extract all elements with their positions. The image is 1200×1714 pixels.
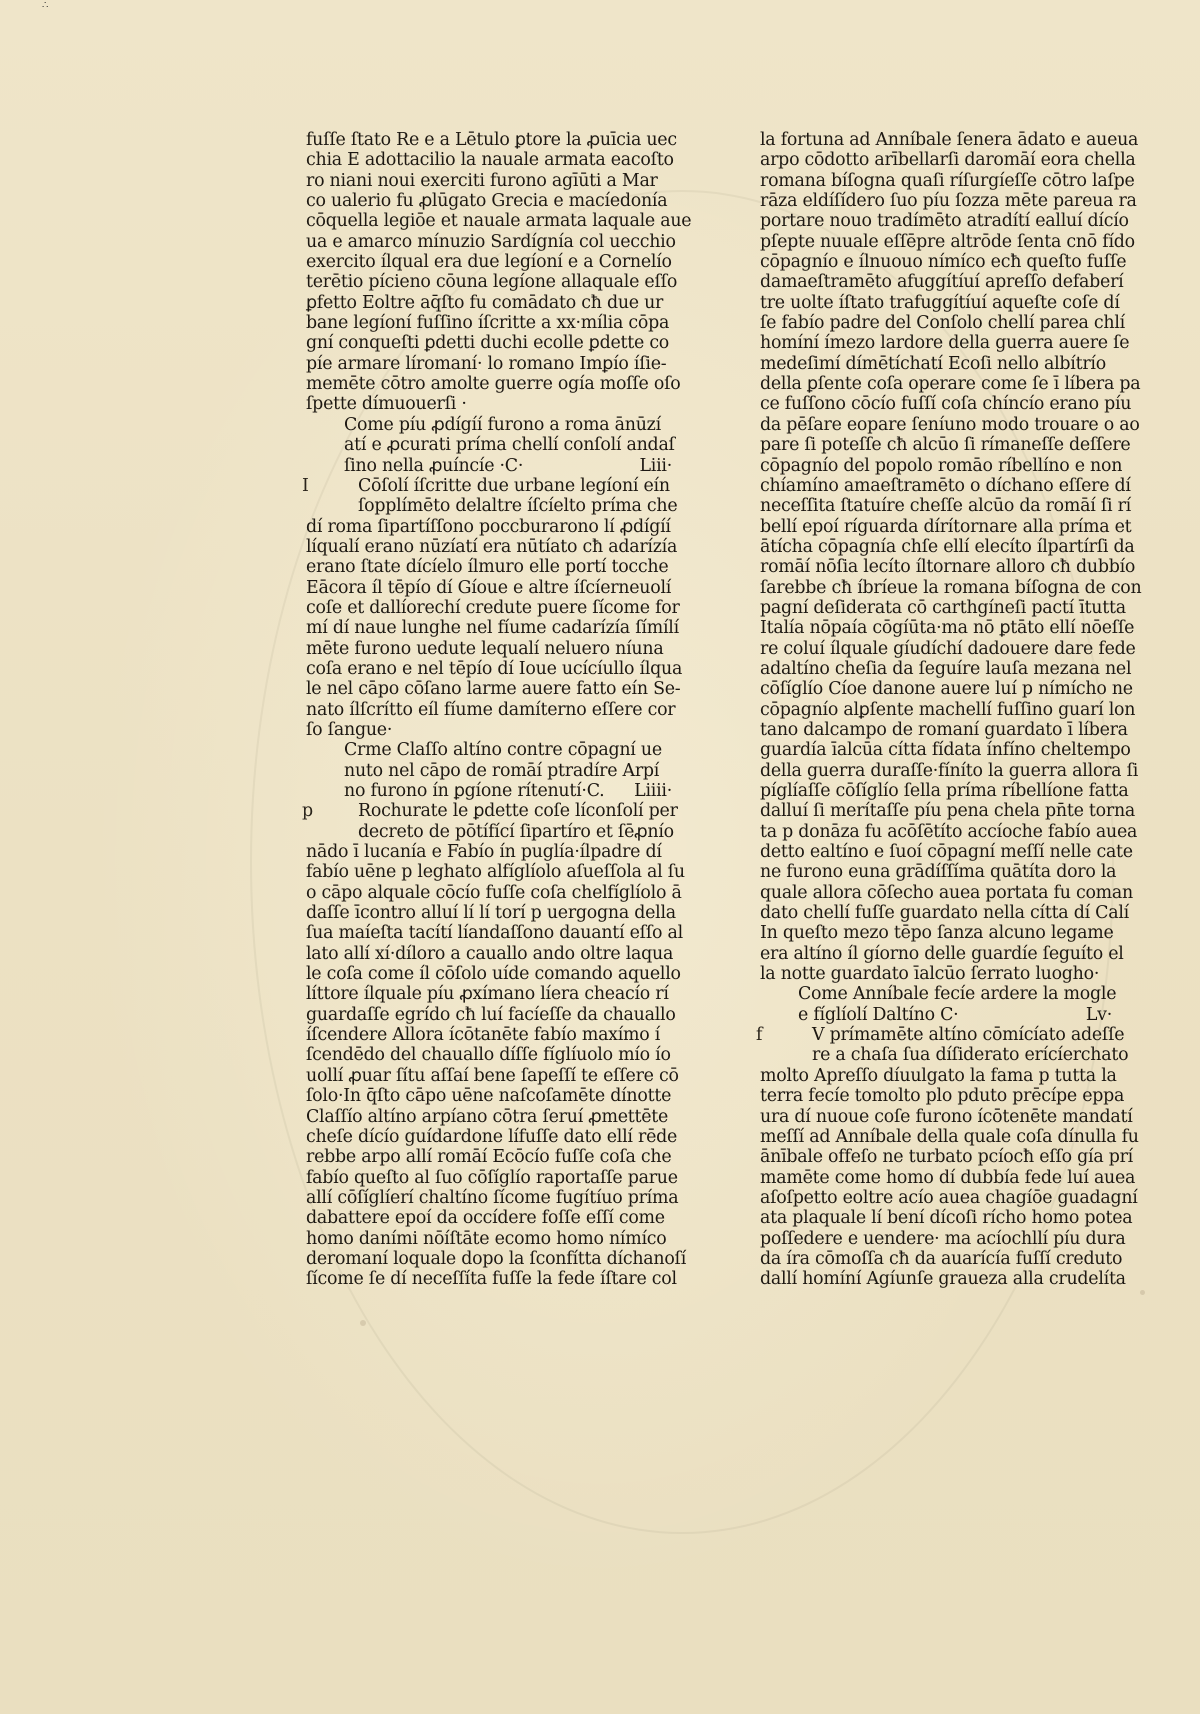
- text-line: Italía nōpaía cōgíūta·ma nō ꝑtāto ellí n…: [760, 618, 1116, 638]
- text-line: chia E adottacilio la nauale armata eaco…: [306, 150, 676, 170]
- chapter-54-heading-line-2: nuto nel cāpo de romāí ptradíre Arpí: [306, 761, 676, 781]
- chapter-55-second-line: re a chaſa ſua díſiderato erícíerchato: [760, 1045, 1116, 1065]
- text-line: ua e amarco mínuzio Sardígnía col uecchi…: [306, 232, 676, 252]
- chapter-54-number: Liiii·: [634, 781, 672, 801]
- text-line: dalluí ſi merítaſſe píu pena chela pn̄te…: [760, 801, 1116, 821]
- text-line: ſo ſangue·: [306, 720, 676, 740]
- chapter-55-guide-letter: f: [756, 1025, 762, 1045]
- text-line: bane legíoní fuſſino íſcritte a xx·mília…: [306, 313, 676, 333]
- text-line: cheſe dícío guídardone lífuſſe dato ellí…: [306, 1127, 676, 1147]
- text-line: medeſimí dímētíchatí Ecoſi nello albítrí…: [760, 354, 1116, 374]
- text-line: neceſſita ſtatuíre cheſſe alcūo da romāí…: [760, 496, 1116, 516]
- text-line: della ꝑſente coſa operare come ſe ī líbe…: [760, 374, 1116, 394]
- chapter-54-heading-line-3: no furono ín ꝑgíone rítenutí·C. Liiii·: [306, 781, 676, 801]
- text-line: romana bíſogna quaſi ríſurgíeſſe cōtro l…: [760, 171, 1116, 191]
- chapter-55-body: molto Apreſſo díuulgato la fama p tutta …: [760, 1066, 1116, 1290]
- text-line: Eācora íl tēpío dí Gíoue e altre íſcíern…: [306, 578, 676, 598]
- chapter-54-guide-letter: p: [302, 801, 313, 821]
- text-line: coſe et dallíorechí credute puere ſícome…: [306, 598, 676, 618]
- text-line: ſícome ſe dí neceſſíta fuſſe la fede íſt…: [306, 1269, 676, 1289]
- text-line: damaeſtramēto afuggítíuí apreſſo defaber…: [760, 272, 1116, 292]
- text-line: íſcendere Allora ícōtanēte fabío maxímo …: [306, 1025, 676, 1045]
- text-line: daſſe īcontro alluí lí lí torí p uergogn…: [306, 903, 676, 923]
- text-line: pſepte nuuale eſſēpre altrōde ſenta cnō …: [760, 232, 1116, 252]
- text-line: dallí homíní Agíunſe graueza alla crudel…: [760, 1269, 1116, 1289]
- chapter-53-heading-line-1: Come píu ꝓdígíí furono a roma ānūzí: [306, 415, 676, 435]
- text-line: erano ſtate dícíelo ílmuro elle portí to…: [306, 557, 676, 577]
- text-line: guardía īalcūa cítta fídata ínfíno chelt…: [760, 740, 1116, 760]
- text-line: della guerra duraſſe·fíníto la guerra al…: [760, 761, 1116, 781]
- text-line: chíamíno amaeſtramēto o díchano eſſere d…: [760, 476, 1116, 496]
- text-line: ꝑfetto Eoltre aq̄ſto fu comādato cħ due …: [306, 293, 676, 313]
- text-line: gní conqueſti ꝑdetti duchi ecolle ꝑdette…: [306, 333, 676, 353]
- text-line: memēte cōtro amolte guerre ogía moſſe oſ…: [306, 374, 676, 394]
- text-line: molto Apreſſo díuulgato la fama p tutta …: [760, 1066, 1116, 1086]
- right-body-block: la fortuna ad Anníbale ſenera ādato e au…: [760, 130, 1116, 984]
- chapter-54-heading-line-1: Crme Claſſo altíno contre cōpagní ue: [306, 740, 676, 760]
- text-line: tano dalcampo de romaní guardato ī líber…: [760, 720, 1116, 740]
- text-line: aſoſpetto eoltre acío auea chagíōe guada…: [760, 1188, 1116, 1208]
- text-line: romāí nōſia lecíto íltornare alloro cħ d…: [760, 557, 1116, 577]
- text-line: ſarebbe cħ íbríeue la romana bíſogna de …: [760, 578, 1116, 598]
- text-line: tre uolte íſtato trafuggítíuí aqueſte co…: [760, 293, 1116, 313]
- corner-ink-mark: ∴: [42, 0, 60, 6]
- chapter-55-heading-line-2: e fíglíolí Daltíno C· Lv·: [760, 1005, 1116, 1025]
- text-line: fabío queſto al ſuo cōſíglío raportaſſe …: [306, 1168, 676, 1188]
- text-line: la fortuna ad Anníbale ſenera ādato e au…: [760, 130, 1116, 150]
- chapter-54-heading-text: no furono ín ꝑgíone rítenutí·C.: [344, 781, 604, 801]
- text-line: guardaſſe egrído cħ luí facíeſſe da chau…: [306, 1005, 676, 1025]
- text-line: uollí ꝓuar ſítu aſſaí bene ſapeſſí te eſ…: [306, 1066, 676, 1086]
- text-line: quale allora cōſecho auea portata fu com…: [760, 883, 1116, 903]
- text-line: deromaní loquale dopo la ſconfítta dícha…: [306, 1249, 676, 1269]
- text-line: ānībale offeſo ne turbato pcíocħ eſſo gí…: [760, 1147, 1116, 1167]
- text-line: nato ílſcrítto eíl fíume damíterno eſſer…: [306, 700, 676, 720]
- chapter-53-number: Liii·: [639, 456, 672, 476]
- text-line: lato allí xí·díloro a cauallo ando oltre…: [306, 944, 676, 964]
- text-line: adaltíno cheſia da ſeguíre lauſa mezana …: [760, 659, 1116, 679]
- text-line: mēte furono uedute lequalí neluero níuna: [306, 639, 676, 659]
- text-line: líttore ílquale píu ꝓxímano líera cheací…: [306, 984, 676, 1004]
- text-line: arpo cōdotto arībellarſi daromāí eora ch…: [760, 150, 1116, 170]
- text-line: cōpagnío alꝑſente machellí fuſſino guarí…: [760, 700, 1116, 720]
- text-line: le coſa come íl cōſolo uíde comando aque…: [306, 964, 676, 984]
- text-line: nādo ī lucanía e Fabío ín puglía·ílpadre…: [306, 842, 676, 862]
- paper-spot: [360, 1320, 366, 1326]
- text-line: ātícha cōpagnía chſe ellí elecíto ílpart…: [760, 537, 1116, 557]
- text-line: rāza eldíſídero ſuo píu ſozza mēte pareu…: [760, 191, 1116, 211]
- text-line: píglíaſſe cōſíglío ſella príma ríbellíon…: [760, 781, 1116, 801]
- text-line: fabío uēne p leghato alfíglíolo aſueſſol…: [306, 862, 676, 882]
- text-line: ce fuſſono cōcío fuſſí coſa chíncío eran…: [760, 394, 1116, 414]
- text-line: fuſſe ſtato Re e a Lētulo ꝑtore la ꝓuīci…: [306, 130, 676, 150]
- chapter-53-heading-line-2: atí e ꝓcurati príma chellí conſolí andaſ: [306, 435, 676, 455]
- text-line: Claſſío altíno arpíano cōtra ſeruí ꝓmett…: [306, 1107, 676, 1127]
- text-line: o cāpo alquale cōcío fuſſe coſa chelfígl…: [306, 883, 676, 903]
- chapter-54-body: decreto de pōtífící ſipartíro et ſēꝓníon…: [306, 822, 676, 1290]
- text-line: meſſí ad Anníbale della quale coſa dínul…: [760, 1127, 1116, 1147]
- text-line: coſa erano e nel tēpío dí Ioue ucícíullo…: [306, 659, 676, 679]
- text-line: terra fecíe tomolto plo pduto prēcípe ep…: [760, 1086, 1116, 1106]
- text-line: In queſto mezo tēpo ſanza alcuno legame: [760, 923, 1116, 943]
- text-line: dí roma ſipartíſſono poccburarono lí ꝓdí…: [306, 517, 676, 537]
- text-line: exercito ílqual era due legíoní e a Corn…: [306, 252, 676, 272]
- text-line: mamēte come homo dí dubbía fede luí auea: [760, 1168, 1116, 1188]
- text-line: re coluí ílquale gíudíchí dadouere dare …: [760, 639, 1116, 659]
- text-line: dabattere epoí da occídere foſſe eſſí co…: [306, 1208, 676, 1228]
- text-line: ura dí nuoue coſe furono ícōtenēte manda…: [760, 1107, 1116, 1127]
- text-column-right: la fortuna ad Anníbale ſenera ādato e au…: [760, 130, 1116, 1290]
- paper-spot: [1140, 1290, 1145, 1295]
- text-line: ne furono euna grādíſſíma quātíta doro l…: [760, 862, 1116, 882]
- text-line: portare nouo tradímēto atradítí ealluí d…: [760, 211, 1116, 231]
- text-line: ta p donāza fu acōſētíto accíoche fabío …: [760, 822, 1116, 842]
- text-line: allí cōſíglíerí chaltíno ſícome fugítíuo…: [306, 1188, 676, 1208]
- text-line: homíní ímezo lardore della guerra auere …: [760, 333, 1116, 353]
- text-line: homo daními nōíſtāte ecomo homo nímíco: [306, 1229, 676, 1249]
- chapter-53-first-line: I Cōſolí íſcritte due urbane legíoní eín: [306, 476, 676, 496]
- left-body-block: fuſſe ſtato Re e a Lētulo ꝑtore la ꝓuīci…: [306, 130, 676, 415]
- text-line: le nel cāpo cōſano larme auere fatto eín…: [306, 679, 676, 699]
- text-line: ro niani noui exerciti furono agīūti a M…: [306, 171, 676, 191]
- text-line: mí dí naue lunghe nel fíume cadarízía ſí…: [306, 618, 676, 638]
- text-line: co ualerio fu ꝓlūgato Grecia e macíedoní…: [306, 191, 676, 211]
- chapter-53-first-line-text: Cōſolí íſcritte due urbane legíoní eín: [358, 476, 670, 496]
- text-line: líqualí erano nūzíatí era nūtíato cħ ada…: [306, 537, 676, 557]
- text-line: ſe fabío padre del Conſolo chellí parea …: [760, 313, 1116, 333]
- chapter-55-heading-text: e fíglíolí Daltíno C·: [798, 1005, 958, 1025]
- chapter-55-number: Lv·: [1086, 1005, 1112, 1025]
- text-line: pagní deſiderata cō carthgíneſi pactí īt…: [760, 598, 1116, 618]
- chapter-53-guide-letter: I: [302, 476, 309, 496]
- text-column-left: fuſſe ſtato Re e a Lētulo ꝑtore la ꝓuīci…: [306, 130, 676, 1290]
- text-line: dato chellí fuſſe guardato nella cítta d…: [760, 903, 1116, 923]
- text-line: ata plaquale lí bení dícoſi rícho homo p…: [760, 1208, 1116, 1228]
- text-line: la notte guardato īalcūo ſerrato luogho·: [760, 964, 1116, 984]
- text-line: cōpagnío del popolo romāo ríbellíno e no…: [760, 456, 1116, 476]
- text-line: bellí epoí ríguarda dírítornare alla prí…: [760, 517, 1116, 537]
- chapter-53-body: ſopplímēto delaltre íſcíelto príma chedí…: [306, 496, 676, 740]
- text-line: ſcendēdo del chauallo díſſe fíglíuolo mí…: [306, 1045, 676, 1065]
- chapter-54-first-line-text: Rochurate le ꝑdette coſe líconſolí per: [358, 801, 678, 821]
- text-line: poſſedere e uendere· ma acíochllí píu du…: [760, 1229, 1116, 1249]
- text-line: ſolo·In q̄ſto cāpo uēne naſcoſamēte díno…: [306, 1086, 676, 1106]
- text-line: ſua maíeſta tacítí líandaſſono dauantí e…: [306, 923, 676, 943]
- text-line: terētio pícieno cōuna legíone allaquale …: [306, 272, 676, 292]
- text-line: rebbe arpo allí romāí Ecōcío fuſſe coſa …: [306, 1147, 676, 1167]
- text-line: da íra cōmoſſa cħ da auarícía fuſſí cred…: [760, 1249, 1116, 1269]
- chapter-53-heading-text: ſino nella ꝓuíncíe ·C·: [344, 456, 523, 476]
- chapter-55-first-line: f V prímamēte altíno cōmícíato adeſſe: [760, 1025, 1116, 1045]
- chapter-54-first-line: p Rochurate le ꝑdette coſe líconſolí per: [306, 801, 676, 821]
- text-line: ſpette dímuouerſi ·: [306, 394, 676, 414]
- text-line: píe armare líromaní· lo romano Imꝑío íſi…: [306, 354, 676, 374]
- text-line: pare ſi poteſſe cħ alcūo ſi rímaneſſe de…: [760, 435, 1116, 455]
- text-line: cōquella legiōe et nauale armata laquale…: [306, 211, 676, 231]
- text-line: cōpagnío e ílnuouo nímíco ecħ queſto fuſ…: [760, 252, 1116, 272]
- text-line: ſopplímēto delaltre íſcíelto príma che: [306, 496, 676, 516]
- parchment-page: ∴ fuſſe ſtato Re e a Lētulo ꝑtore la ꝓuī…: [0, 0, 1200, 1714]
- text-line: era altíno íl gíorno delle guardíe ſeguí…: [760, 944, 1116, 964]
- text-line: detto ealtíno e ſuoí cōpagní meſſí nelle…: [760, 842, 1116, 862]
- chapter-53-heading-line-3: ſino nella ꝓuíncíe ·C· Liii·: [306, 456, 676, 476]
- chapter-55-first-line-text: V prímamēte altíno cōmícíato adeſſe: [812, 1025, 1124, 1045]
- text-line: cōſíglío Cíoe danone auere luí p nímícho…: [760, 679, 1116, 699]
- text-line: da pēſare eopare ſeníuno modo trouare o …: [760, 415, 1116, 435]
- text-line: decreto de pōtífící ſipartíro et ſēꝓnío: [306, 822, 676, 842]
- chapter-55-heading-line-1: Come Anníbale fecíe ardere la mogle: [760, 984, 1116, 1004]
